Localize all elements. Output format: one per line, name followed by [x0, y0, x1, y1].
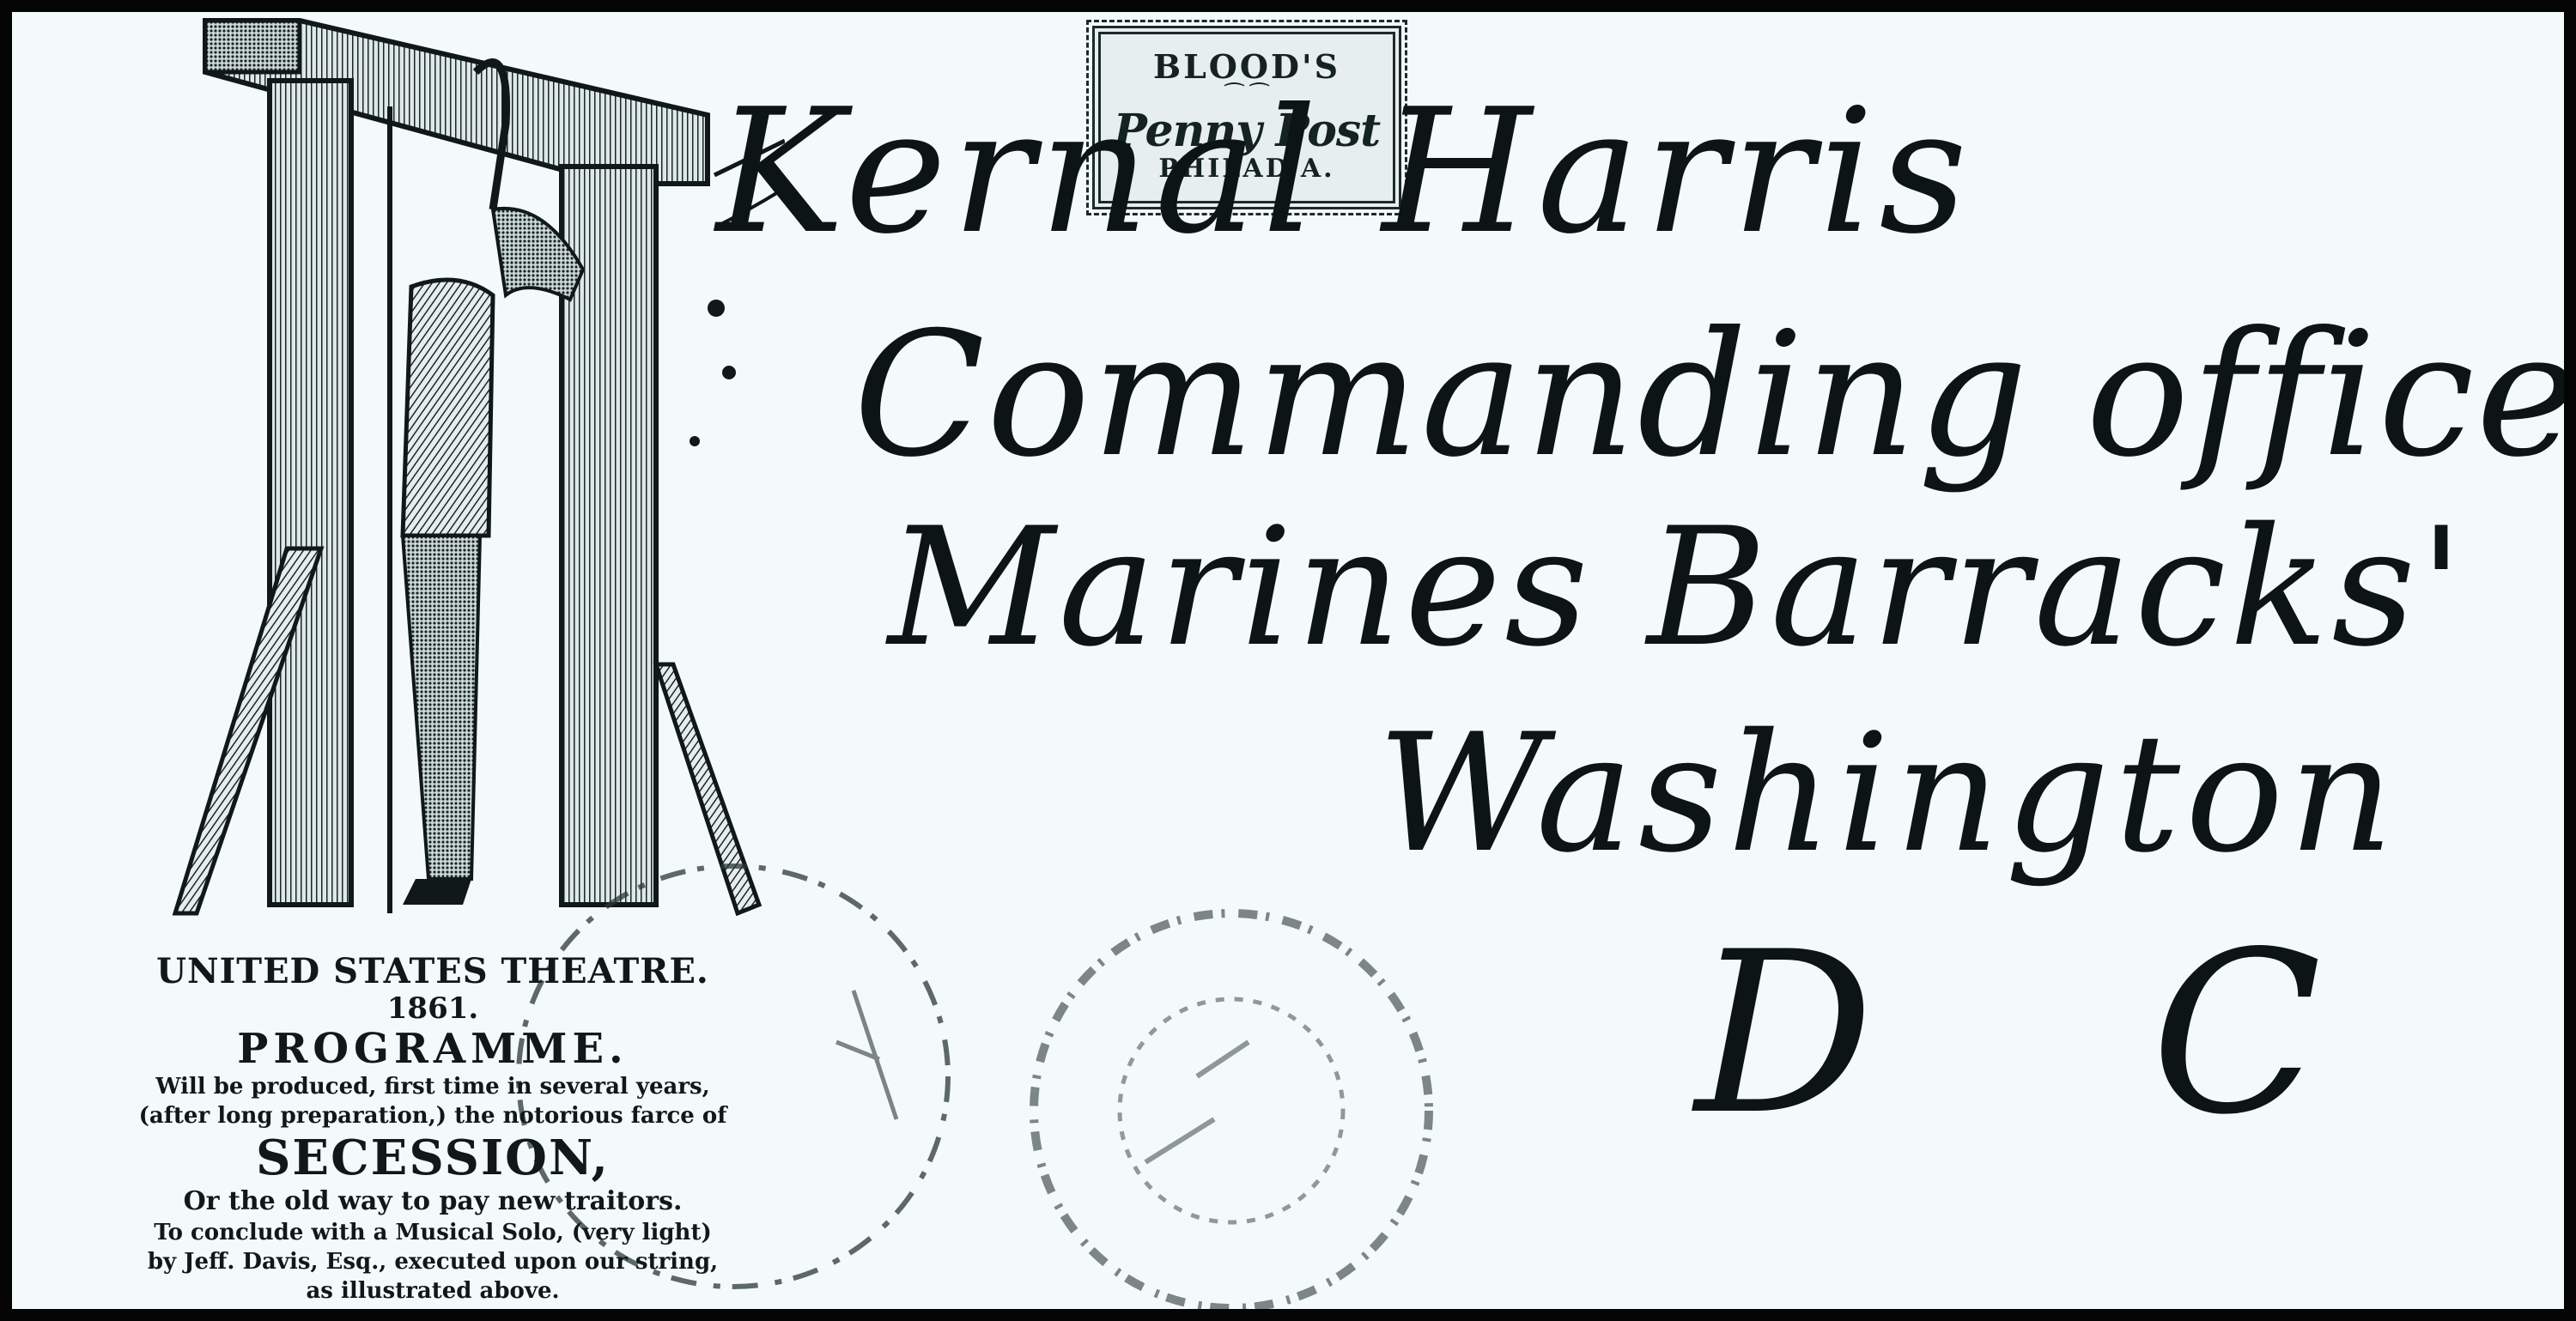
programme-body-5: as illustrated above.: [46, 1276, 819, 1306]
programme-year: 1861.: [46, 991, 819, 1026]
gallows-illustration: [12, 12, 785, 956]
programme-subtitle: Or the old way to pay new traitors.: [46, 1185, 819, 1218]
address-line-2: Commanding officer: [854, 295, 2564, 495]
programme-body-4: by Jeff. Davis, Esq., executed upon our …: [46, 1247, 819, 1276]
programme-feature: SECESSION,: [46, 1130, 819, 1185]
address-line-1: Kernal Harris: [716, 72, 1972, 272]
programme-heading: PROGRAMME.: [46, 1026, 819, 1072]
envelope-cover: BLOOD'S ⁀ ⁀ Penny Post PHILAD'A. Kernal …: [12, 12, 2564, 1309]
address-line-4: Washington: [1377, 699, 2399, 888]
programme-text: UNITED STATES THEATRE. 1861. PROGRAMME. …: [46, 952, 819, 1306]
address-line-3: Marines Barracks': [888, 493, 2467, 682]
programme-body-3: To conclude with a Musical Solo, (very l…: [46, 1218, 819, 1247]
programme-body-2: (after long preparation,) the notorious …: [46, 1101, 819, 1130]
programme-title: UNITED STATES THEATRE.: [46, 952, 819, 991]
address-line-5: D C: [1695, 905, 2425, 1164]
programme-body-1: Will be produced, first time in several …: [46, 1072, 819, 1101]
postmark-center: [991, 896, 1472, 1309]
